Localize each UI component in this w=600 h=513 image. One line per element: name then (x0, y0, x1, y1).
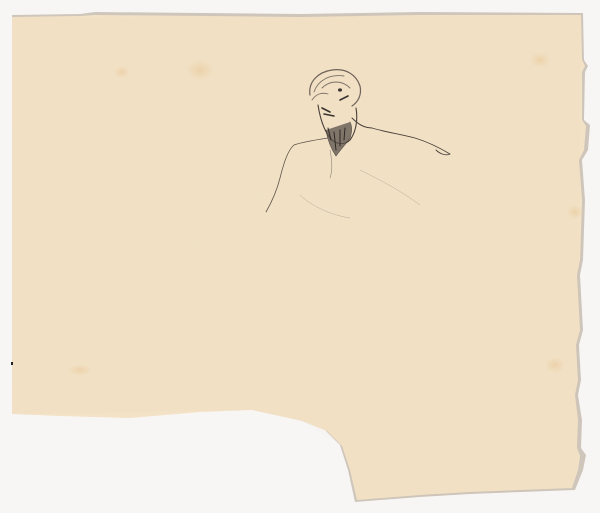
edge-mark (11, 362, 13, 365)
foxing-stain (545, 357, 565, 373)
foxing-stain (530, 52, 550, 68)
foxing-stain (186, 60, 214, 80)
sketch-artwork (0, 0, 600, 513)
foxing-stain (567, 205, 583, 219)
paper-sheet (0, 0, 600, 513)
foxing-stain (114, 66, 130, 78)
foxing-stain (68, 364, 92, 376)
